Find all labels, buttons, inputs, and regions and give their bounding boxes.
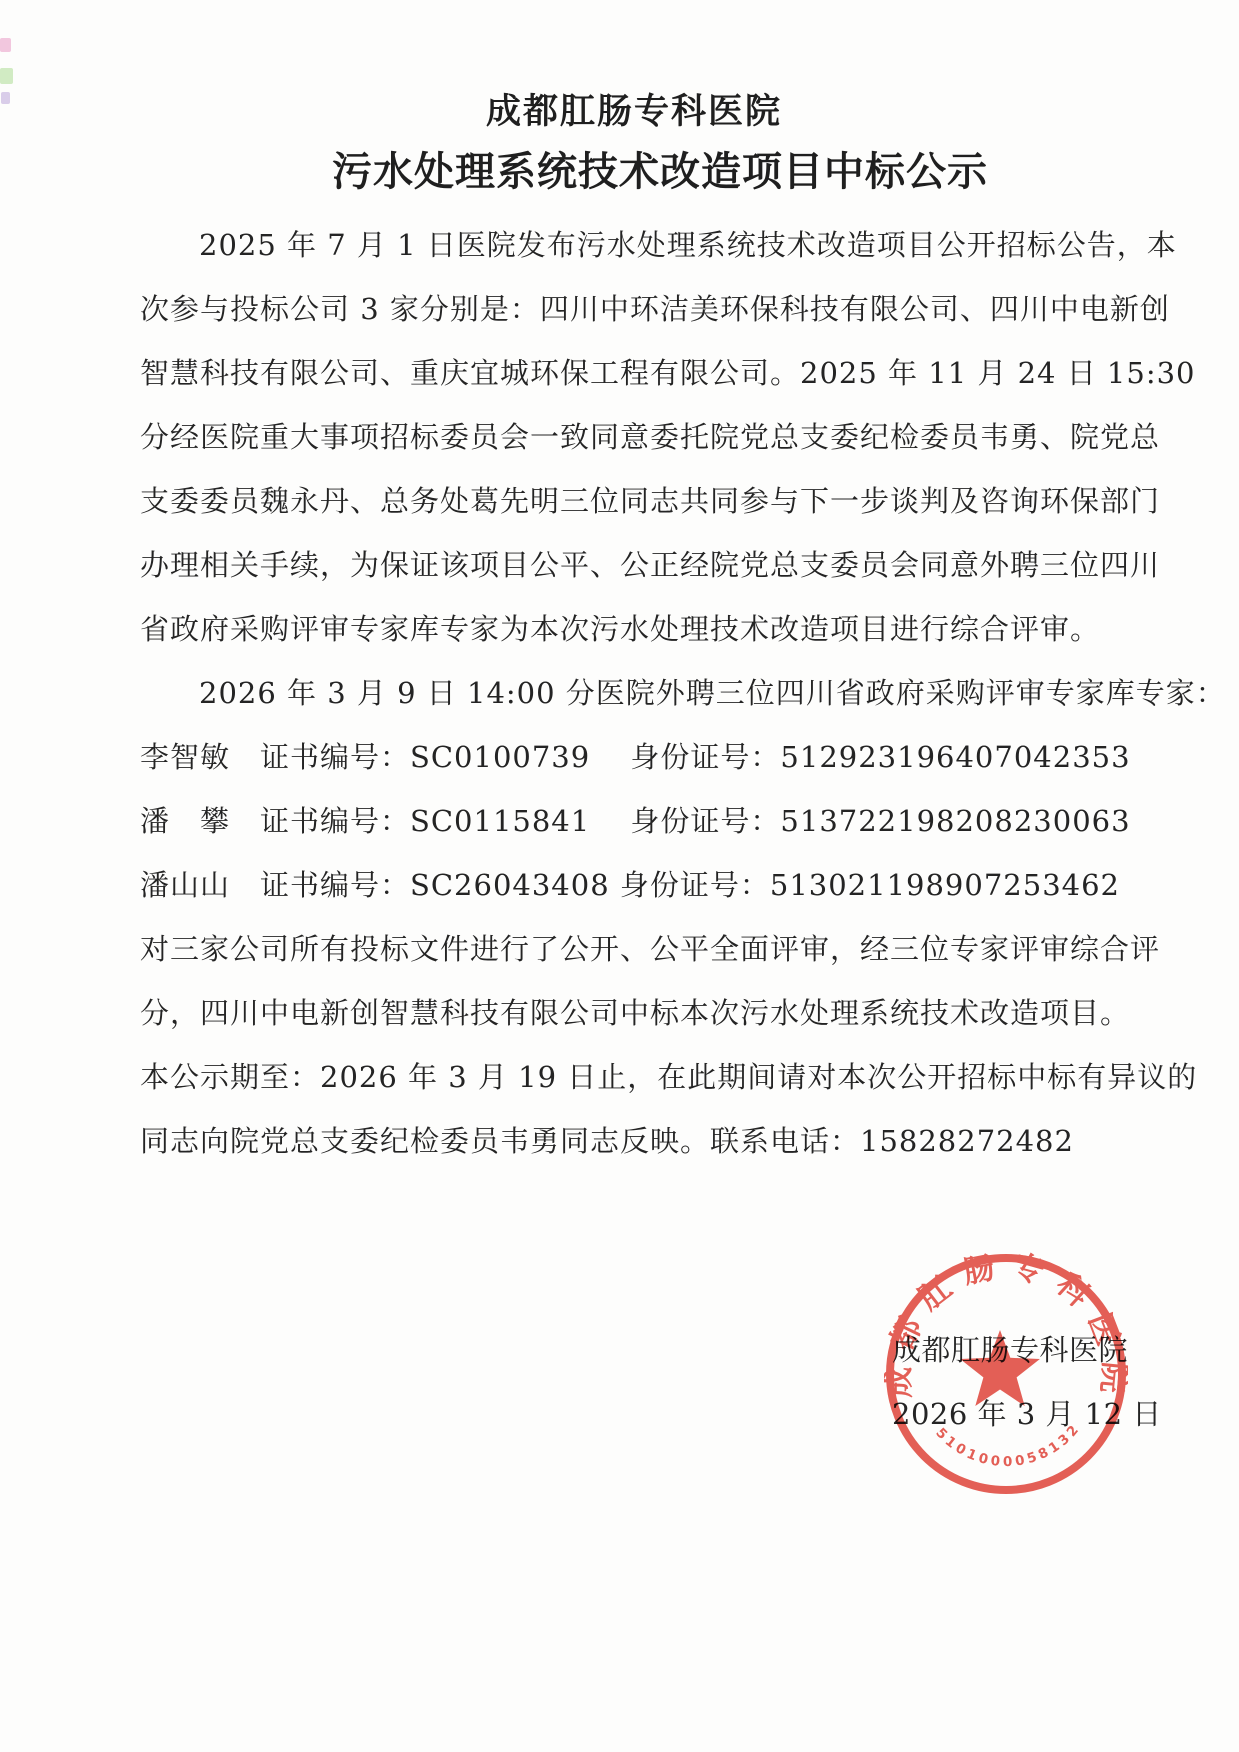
body-line-8: 2026 年 3 月 9 日 14:00 分医院外聘三位四川省政府采购评审专家库… [140,661,1140,725]
expert-row-1: 李智敏 证书编号：SC0100739 身份证号：5129231964070423… [140,725,1140,789]
seal-star-icon [960,1330,1040,1406]
seal-serial-number: 5101000058132 [932,1420,1084,1470]
expert-row-3: 潘山山 证书编号：SC26043408 身份证号：513021198907253… [140,853,1140,917]
body-line-15: 同志向院党总支委纪检委员韦勇同志反映。联系电话：15828272482 [140,1109,1140,1173]
document-page: 成都肛肠专科医院 污水处理系统技术改造项目中标公示 2025 年 7 月 1 日… [0,0,1239,1752]
document-title: 成都肛肠专科医院 [486,84,782,134]
body-line-2: 次参与投标公司 3 家分别是：四川中环洁美环保科技有限公司、四川中电新创 [140,277,1140,341]
document-body: 2025 年 7 月 1 日医院发布污水处理系统技术改造项目公开招标公告，本 次… [140,213,1140,1173]
body-line-3: 智慧科技有限公司、重庆宜城环保工程有限公司。2025 年 11 月 24 日 1… [140,341,1140,405]
svg-text:5101000058132: 5101000058132 [932,1420,1084,1470]
body-line-12: 对三家公司所有投标文件进行了公开、公平全面评审，经三位专家评审综合评 [140,917,1140,981]
scan-artifact [0,38,11,52]
document-subtitle: 污水处理系统技术改造项目中标公示 [332,140,988,197]
body-line-1: 2025 年 7 月 1 日医院发布污水处理系统技术改造项目公开招标公告，本 [140,213,1140,277]
body-line-4: 分经医院重大事项招标委员会一致同意委托院党总支委纪检委员韦勇、院党总 [140,405,1140,469]
body-line-7: 省政府采购评审专家库专家为本次污水处理技术改造项目进行综合评审。 [140,597,1140,661]
body-line-14: 本公示期至：2026 年 3 月 19 日止，在此期间请对本次公开招标中标有异议… [140,1045,1140,1109]
body-line-13: 分，四川中电新创智慧科技有限公司中标本次污水处理系统技术改造项目。 [140,981,1140,1045]
official-seal-stamp: 成都肛肠专科医院 5101000058132 [884,1252,1128,1496]
scan-artifact [0,68,13,84]
body-line-5: 支委委员魏永丹、总务处葛先明三位同志共同参与下一步谈判及咨询环保部门 [140,469,1140,533]
expert-row-2: 潘 攀 证书编号：SC0115841 身份证号：5137221982082300… [140,789,1140,853]
scan-artifact [1,92,10,104]
body-line-6: 办理相关手续，为保证该项目公平、公正经院党总支委员会同意外聘三位四川 [140,533,1140,597]
